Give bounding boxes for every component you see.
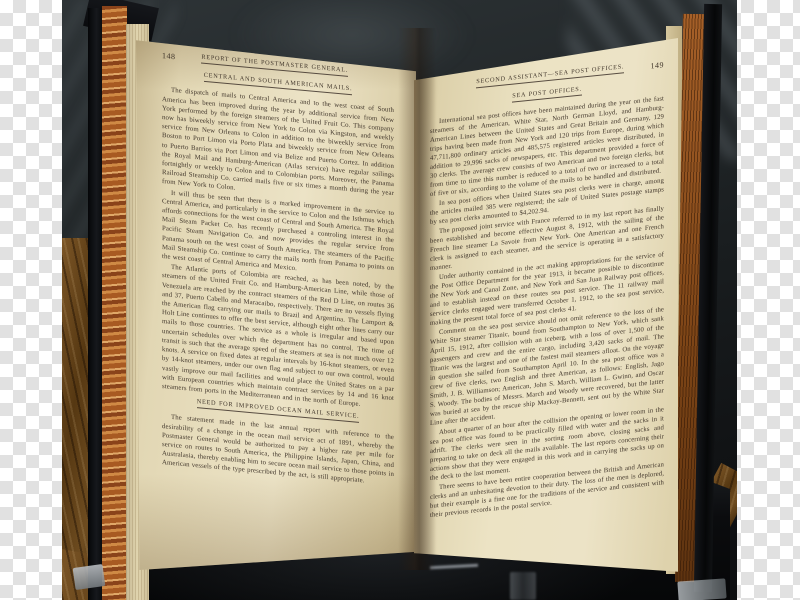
right-page-text: SECOND ASSISTANT—SEA POST OFFICES. 149 S… (430, 58, 664, 521)
page-number: 149 (651, 60, 665, 70)
screenshot-stage: 148 REPORT OF THE POSTMASTER GENERAL. CE… (0, 0, 800, 600)
book-cover-left-edge (88, 8, 103, 600)
book-stand-foot-right (677, 578, 726, 600)
paragraph: The Atlantic ports of Colombia are reach… (162, 262, 394, 412)
fore-edge-marbled-left (102, 6, 127, 600)
book-stand-leg-center (510, 572, 536, 600)
paragraph: The dispatch of mails to Central America… (162, 85, 394, 207)
page-number: 148 (162, 51, 176, 61)
paragraph: The statement made in the last annual re… (162, 412, 394, 488)
left-page-text: 148 REPORT OF THE POSTMASTER GENERAL. CE… (162, 49, 394, 490)
left-page: 148 REPORT OF THE POSTMASTER GENERAL. CE… (136, 36, 416, 570)
book-gutter-shadow (398, 28, 436, 570)
right-page: SECOND ASSISTANT—SEA POST OFFICES. 149 S… (414, 26, 678, 574)
section-heading: SEA POST OFFICES. (512, 85, 581, 103)
book-stand-foot-left (73, 564, 106, 590)
book-photo: 148 REPORT OF THE POSTMASTER GENERAL. CE… (62, 0, 737, 600)
